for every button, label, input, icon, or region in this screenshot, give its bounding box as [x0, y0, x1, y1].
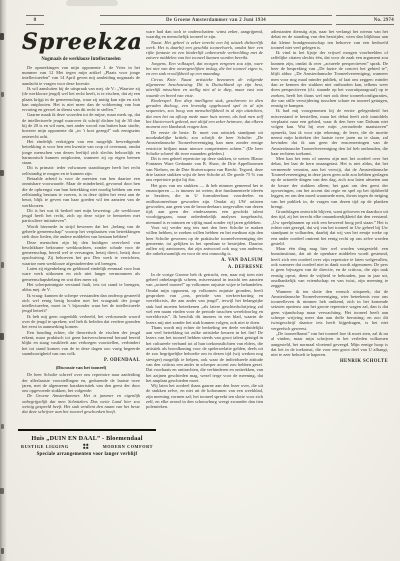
advert-left-label: RUSTIGE LIGGING [21, 444, 69, 449]
paragraph: Het eindelijk verkrijgen van een mogelij… [22, 139, 140, 165]
newspaper-page: 8 De Groene Amsterdammer van 2 Juni 1934… [0, 0, 400, 561]
masthead: De Groene Amsterdammer van 2 Juni 1934 [100, 15, 332, 25]
scan-mark [1, 262, 4, 268]
paragraph: Gaarne maak ik deze woorden tot de mijne… [22, 112, 140, 138]
paragraph: Circus Knie. Naast artistieke bezwaren d… [146, 77, 263, 98]
paragraph: Betaalde arbeid is voor de meesten van h… [22, 176, 140, 208]
signature-defresne: A. DEFRESNE [146, 265, 263, 270]
section-title-spreekzaal: Spreekzaal [22, 29, 140, 55]
letter-heading: Nogmaals de werklooze Intellectueelen [22, 57, 140, 62]
scan-mark [0, 170, 4, 176]
paragraph: Naast. Het geheel is zeker terecht een b… [146, 40, 263, 61]
paragraph: Ik vraag: kunnen de scherpe verstanden d… [22, 293, 140, 314]
scan-smudge [66, 0, 118, 6]
paragraph: Ik heb mij geen oogenblik verbeeld, het … [22, 314, 140, 330]
paragraph: Het gros van uw stukken — ik heb nimmer … [146, 183, 263, 225]
column-2-text: ware had dan toch te onderschatten: wins… [146, 29, 263, 410]
advert-tagline: Speciale arrangementen voor langer verbl… [18, 452, 156, 457]
scan-mark [0, 33, 4, 40]
section-heading-tooneel: (Discussie van het tooneel) [22, 365, 140, 370]
signature-van-dalsum: A. VAN DALSUM [146, 258, 263, 263]
advert-title: Huis „DUIN EN DAAL” - Bloemendaal [18, 435, 156, 442]
paragraph: Een houding echter, die theoretisch de e… [22, 330, 140, 356]
paragraph: De opmerkingen van mijn opponente J. de … [22, 65, 140, 86]
paragraph: In de vorige Groene heb ik getracht, een… [146, 272, 263, 325]
paragraph: Dit is primair: ieder volwassen staatsbu… [22, 165, 140, 176]
paragraph: Dit is een geheel repertoire op deze stu… [146, 156, 263, 182]
paragraph: Grondslagen ontwricht blijven, want gelo… [271, 209, 388, 246]
scan-mark [1, 548, 4, 554]
paragraph: Ik wil aansluiten bij de uitspraak van m… [22, 86, 140, 112]
scan-mark [0, 333, 4, 340]
paragraph: De heer Scholte schreef over ons reperto… [22, 372, 140, 393]
signature-henrik-scholte: HENRIK SCHOLTE [271, 359, 388, 364]
paragraph: ware had dan toch te onderschatten: wins… [146, 29, 263, 40]
scan-mark [0, 488, 4, 494]
paragraph: Deze menschen zijn bij den huidigen over… [22, 240, 140, 266]
paragraph: „De tooneelkunst” van het tooneel hoe ik… [271, 331, 388, 357]
paragraph: Het scherpzinnigste verstand faalt, iets… [22, 282, 140, 293]
issue-number: No. 2974 [336, 15, 394, 25]
scan-edge-artifact [0, 0, 7, 561]
scan-mark [1, 92, 4, 97]
paragraph: Laten zij eigenbelang en geldnood eindel… [22, 266, 140, 282]
page-number: 8 [26, 15, 44, 25]
paragraph: De eerste de beste. Er moet van artistie… [146, 130, 263, 156]
paragraph: Wanneer ik ten slotte den wensch uitspre… [271, 289, 388, 331]
column-3: adiestanten dienstig zijn, naar het verl… [271, 29, 388, 366]
paragraph: Men kan het eens of oneens zijn met het … [271, 156, 388, 209]
paragraph: adiestanten dienstig zijn, naar het verl… [271, 29, 388, 50]
column-1: Spreekzaal Nogmaals de werklooze Intelle… [22, 29, 140, 427]
paragraph: Dit is het wat ik bedoel met mijn beweri… [22, 208, 140, 224]
paragraph: Thans wordt mij echter de bedoeling ten … [146, 325, 263, 383]
paragraph: Ik had mij voorgenomen bij de eerste gel… [271, 108, 388, 156]
paragraph: Maar één ding mag hier wel worden vastge… [271, 246, 388, 288]
scan-mark [1, 424, 4, 429]
column-3-text: adiestanten dienstig zijn, naar het verl… [271, 29, 388, 364]
paragraph: Wij laten het oordeel thans gaarne aan d… [146, 383, 263, 409]
signature-odendaal: P. ODENDAAL [22, 358, 140, 363]
paragraph: Voor wij verder nog iets met den heer Sc… [146, 225, 263, 257]
paragraph: Wordt hiermede in strijd bewezen dat het… [22, 224, 140, 240]
asterisk-ornament-icon: ✱✱ ✱✱ [83, 444, 89, 451]
advert-right-label: MODERN COMFORT [103, 444, 153, 449]
advert-duin-en-daal: Huis „DUIN EN DAAL” - Bloemendaal RUSTIG… [18, 429, 156, 457]
paragraph: Ik vind in het lijstje der vrijwel morge… [271, 50, 388, 108]
paragraph: Jongens. Een volksspel, dat morgen verge… [146, 61, 263, 77]
column-1-text: De opmerkingen van mijn opponente J. de … [22, 65, 140, 415]
paragraph: De Groene Amsterdammer. Het is jammer en… [22, 393, 140, 414]
paragraph: Kinderspel. Een diep intelligent stuk, g… [146, 98, 263, 130]
column-2: ware had dan toch te onderschatten: wins… [146, 29, 263, 410]
